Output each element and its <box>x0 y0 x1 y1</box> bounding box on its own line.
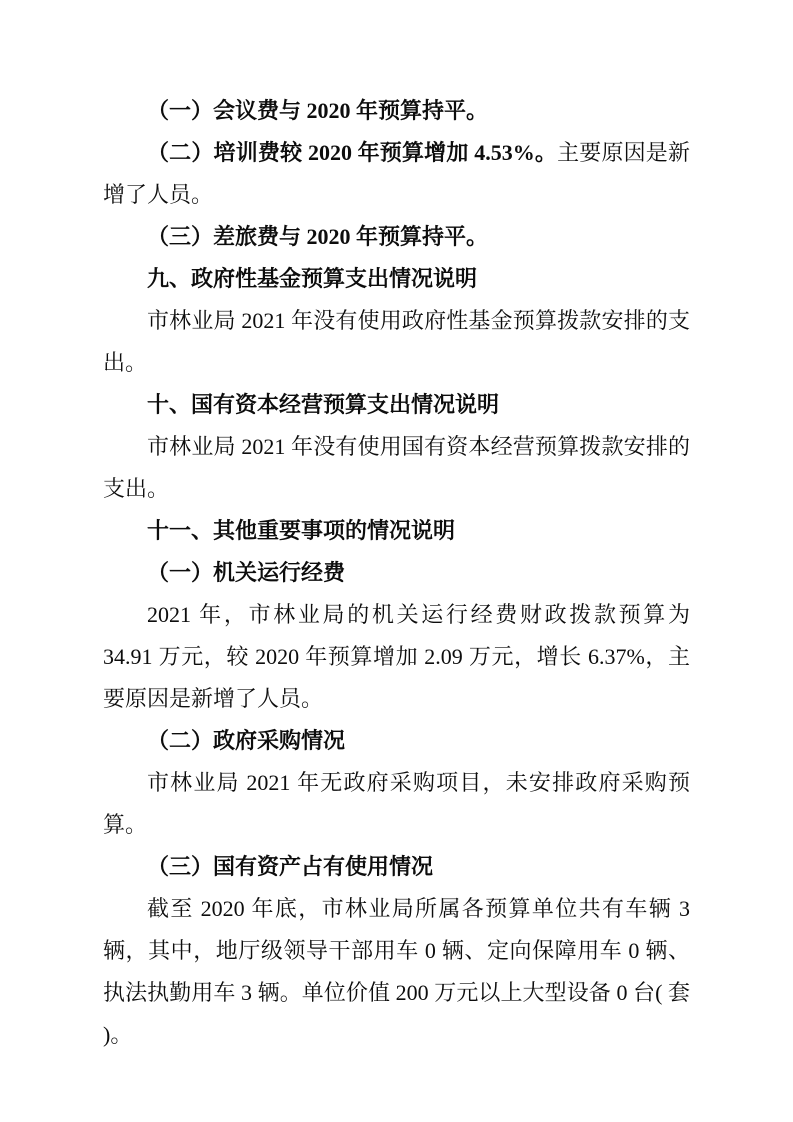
text-run: （三）差旅费与 2020 年预算持平。 <box>147 224 488 249</box>
text-run: （二）培训费较 2020 年预算增加 4.53%。 <box>147 140 557 165</box>
paragraph: 市林业局 2021 年没有使用国有资本经营预算拨款安排的支出。 <box>103 426 690 510</box>
paragraph: （一）会议费与 2020 年预算持平。 <box>103 90 690 132</box>
text-run: （一）会议费与 2020 年预算持平。 <box>147 98 488 123</box>
text-run: 十一、其他重要事项的情况说明 <box>147 518 455 543</box>
text-run: 九、政府性基金预算支出情况说明 <box>147 266 477 291</box>
paragraph: 市林业局 2021 年没有使用政府性基金预算拨款安排的支出。 <box>103 300 690 384</box>
text-run: （三）国有资产占有使用情况 <box>147 854 433 879</box>
paragraph: 十、国有资本经营预算支出情况说明 <box>103 384 690 426</box>
document-body: （一）会议费与 2020 年预算持平。（二）培训费较 2020 年预算增加 4.… <box>103 90 690 1056</box>
text-run: 市林业局 2021 年没有使用国有资本经营预算拨款安排的支出。 <box>103 434 690 501</box>
paragraph: 市林业局 2021 年无政府采购项目，未安排政府采购预算。 <box>103 762 690 846</box>
paragraph: 2021 年，市林业局的机关运行经费财政拨款预算为 34.91 万元，较 202… <box>103 594 690 720</box>
text-run: 十、国有资本经营预算支出情况说明 <box>147 392 499 417</box>
text-run: 市林业局 2021 年没有使用政府性基金预算拨款安排的支出。 <box>103 308 690 375</box>
paragraph: 截至 2020 年底，市林业局所属各预算单位共有车辆 3 辆，其中，地厅级领导干… <box>103 888 690 1056</box>
paragraph: （二）培训费较 2020 年预算增加 4.53%。主要原因是新增了人员。 <box>103 132 690 216</box>
text-run: 截至 2020 年底，市林业局所属各预算单位共有车辆 3 辆，其中，地厅级领导干… <box>103 896 690 1047</box>
paragraph: （一）机关运行经费 <box>103 552 690 594</box>
paragraph: 十一、其他重要事项的情况说明 <box>103 510 690 552</box>
text-run: （二）政府采购情况 <box>147 728 345 753</box>
document-page: （一）会议费与 2020 年预算持平。（二）培训费较 2020 年预算增加 4.… <box>0 0 793 1122</box>
text-run: （一）机关运行经费 <box>147 560 345 585</box>
paragraph: （三）国有资产占有使用情况 <box>103 846 690 888</box>
paragraph: （二）政府采购情况 <box>103 720 690 762</box>
paragraph: （三）差旅费与 2020 年预算持平。 <box>103 216 690 258</box>
text-run: 市林业局 2021 年无政府采购项目，未安排政府采购预算。 <box>103 770 690 837</box>
paragraph: 九、政府性基金预算支出情况说明 <box>103 258 690 300</box>
text-run: 2021 年，市林业局的机关运行经费财政拨款预算为 34.91 万元，较 202… <box>103 602 690 711</box>
